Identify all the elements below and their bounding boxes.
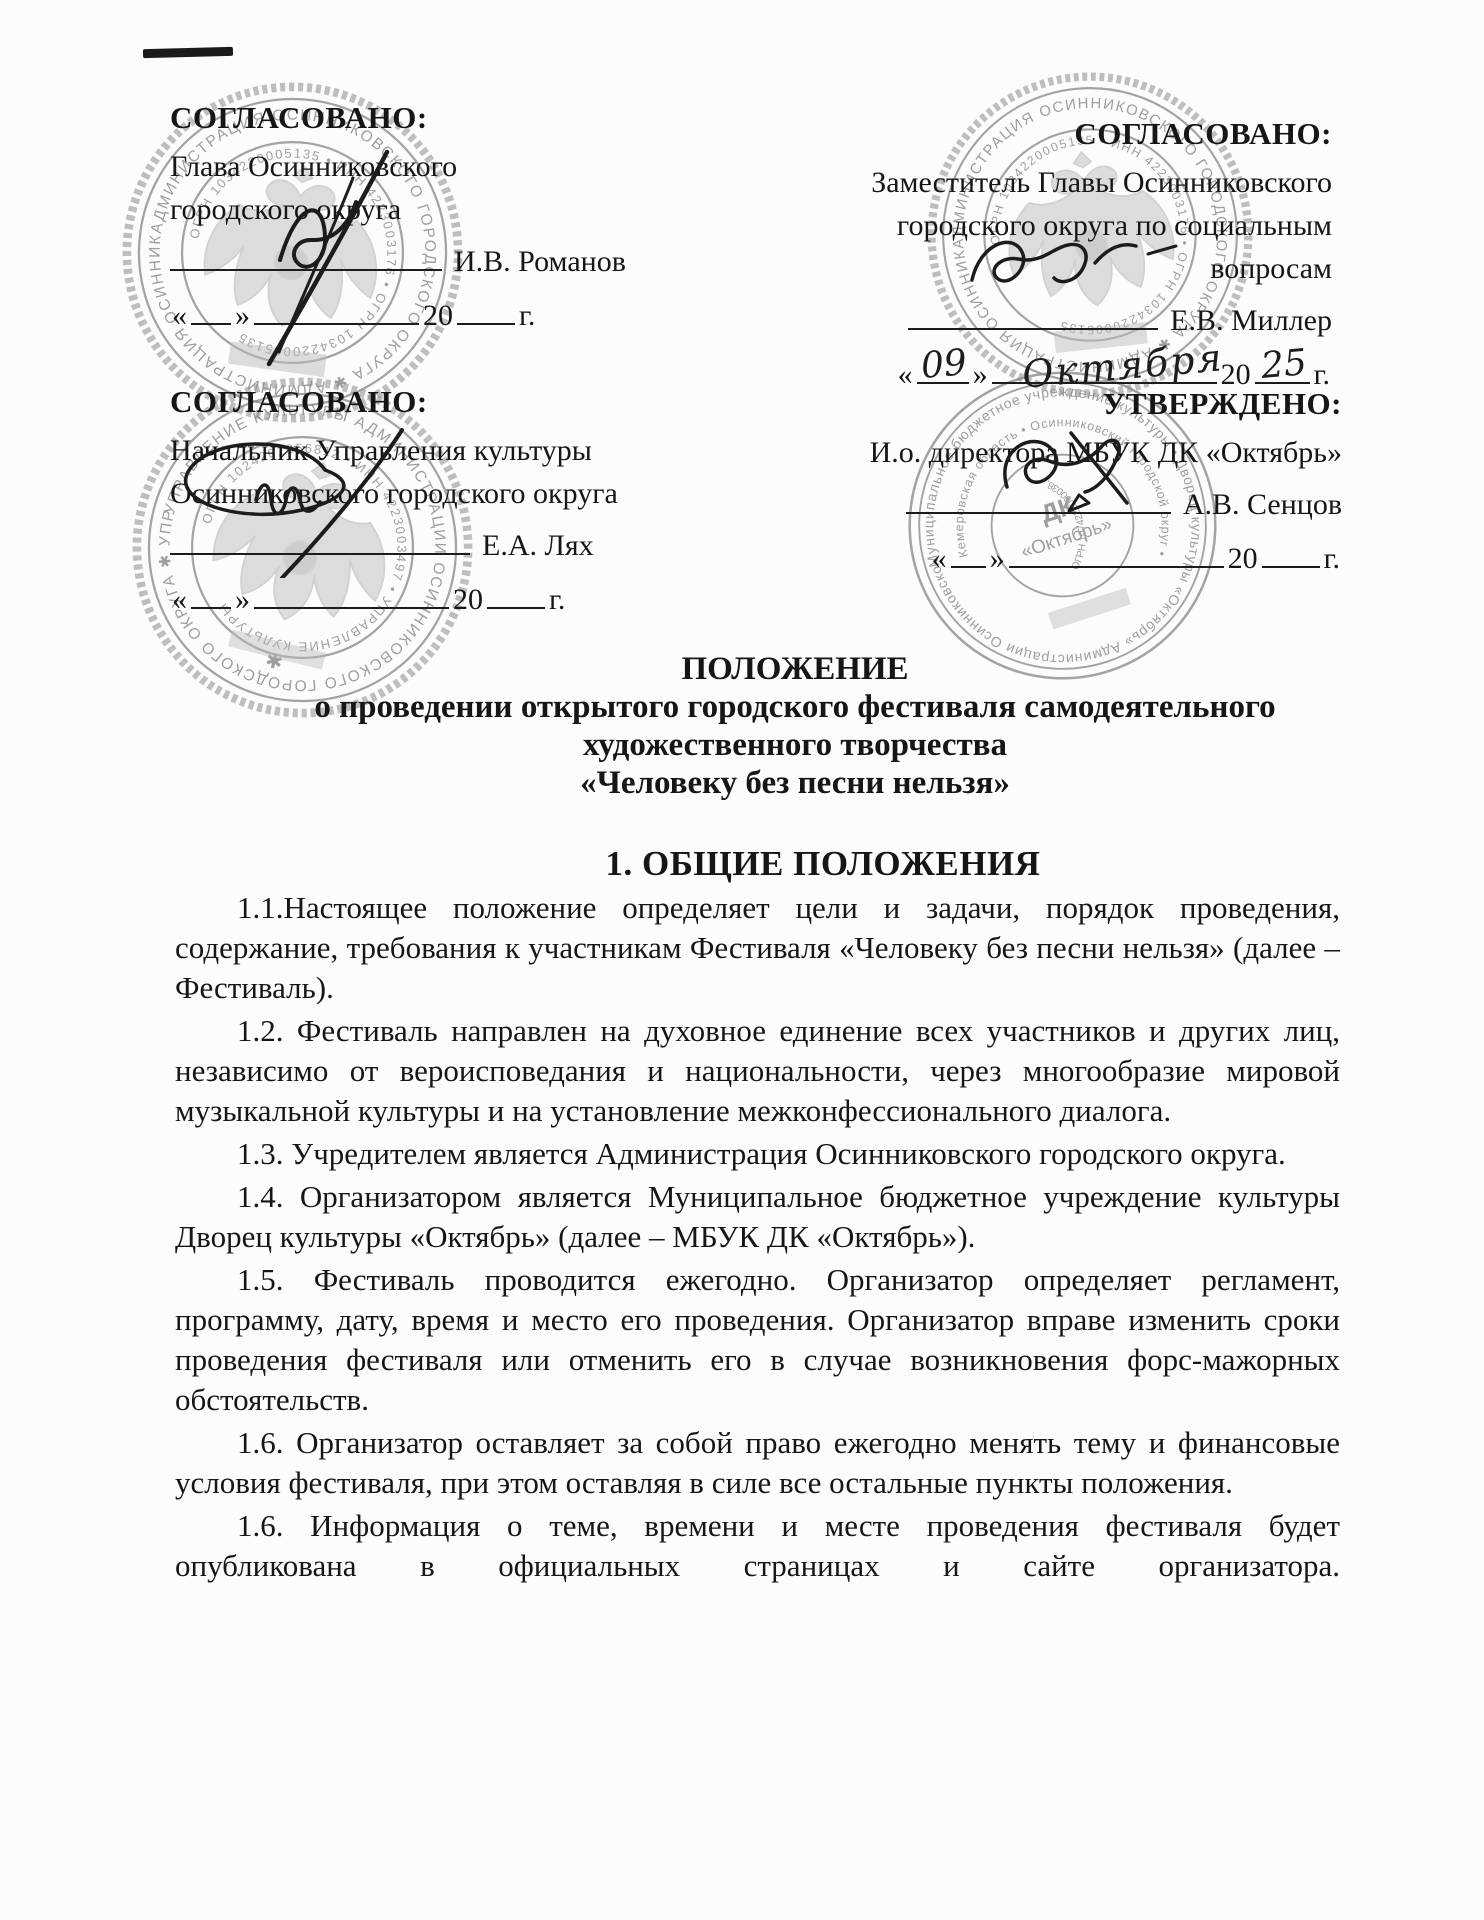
year-century: 20 — [1228, 537, 1258, 580]
document-title: ПОЛОЖЕНИЕ о проведении открытого городск… — [195, 650, 1395, 802]
handwritten-day: 09 — [919, 341, 968, 388]
document-body: 1.1.Настоящее положение определяет цели … — [175, 888, 1340, 1589]
date-row: « » 20 г. — [170, 577, 690, 621]
quote-close: » — [235, 578, 250, 621]
year-blank — [487, 577, 545, 609]
year-era: г. — [549, 578, 565, 621]
approval-heading: СОГЛАСОВАНО: — [812, 112, 1332, 155]
quote-close: » — [990, 537, 1005, 580]
signer-name: Е.А. Лях — [482, 524, 594, 567]
quote-open: « — [172, 578, 187, 621]
signature-sentsov — [975, 415, 1175, 530]
quote-open: « — [172, 294, 187, 337]
paragraph-1-6: 1.6. Организатор оставляет за собой прав… — [175, 1423, 1340, 1503]
month-blank — [254, 577, 449, 609]
date-row: « » 20 г. — [822, 536, 1342, 580]
year-era: г. — [519, 294, 535, 337]
signature-miller — [950, 218, 1190, 313]
year-blank — [1262, 536, 1320, 568]
paragraph-1-1: 1.1.Настоящее положение определяет цели … — [175, 888, 1340, 1008]
paragraph-1-6b: 1.6. Информация о теме, времени и месте … — [175, 1506, 1340, 1586]
signer-name: Е.В. Миллер — [1170, 299, 1332, 342]
quote-open: « — [932, 537, 947, 580]
stamp-banner — [1048, 588, 1131, 630]
day-blank — [191, 293, 231, 325]
signature-lyakh — [160, 428, 490, 578]
day-blank: 09 — [917, 352, 969, 384]
section-heading: 1. ОБЩИЕ ПОЛОЖЕНИЯ — [223, 843, 1423, 885]
redaction-mark — [143, 47, 233, 58]
approval-heading: СОГЛАСОВАНО: — [170, 96, 650, 139]
paragraph-1-3: 1.3. Учредителем является Администрация … — [175, 1134, 1340, 1174]
signer-name: А.В. Сенцов — [1183, 483, 1342, 526]
paragraph-1-5: 1.5. Фестиваль проводится ежегодно. Орга… — [175, 1260, 1340, 1420]
handwritten-year: 25 — [1259, 341, 1308, 388]
signer-name: И.В. Романов — [454, 240, 626, 283]
year-blank: 25 — [1255, 352, 1310, 384]
title-line: художественного творчества — [195, 726, 1395, 764]
scanned-document-page: АДМИНИСТРАЦИЯ ОСИННИКОВСКОГО ГОРОДСКОГО … — [0, 0, 1484, 1920]
paragraph-1-4: 1.4. Организатором является Муниципально… — [175, 1177, 1340, 1257]
signature-romanov — [235, 140, 455, 370]
approval-role-line: Заместитель Главы Осинниковского — [812, 161, 1332, 204]
day-blank — [951, 536, 986, 568]
month-blank: Октября — [992, 352, 1217, 384]
day-blank — [191, 577, 231, 609]
title-line: ПОЛОЖЕНИЕ — [195, 650, 1395, 688]
approval-heading: СОГЛАСОВАНО: — [170, 380, 690, 423]
year-era: г. — [1324, 537, 1340, 580]
title-line: о проведении открытого городского фестив… — [195, 688, 1395, 726]
paragraph-1-2: 1.2. Фестиваль направлен на духовное еди… — [175, 1011, 1340, 1131]
month-blank — [1009, 536, 1224, 568]
year-century: 20 — [453, 578, 483, 621]
year-blank — [457, 293, 515, 325]
title-line: «Человеку без песни нельзя» — [195, 764, 1395, 802]
